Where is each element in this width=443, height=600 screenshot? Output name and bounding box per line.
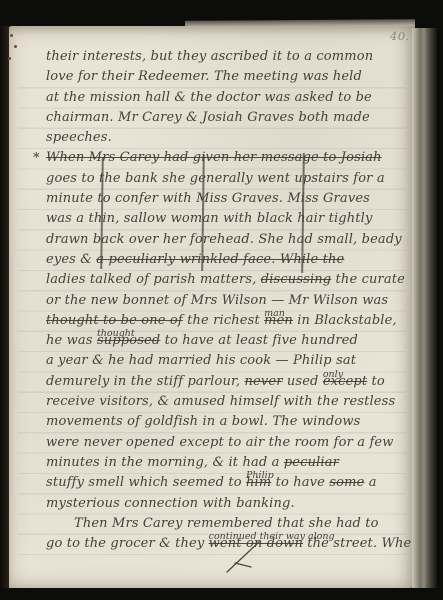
manuscript-line: demurely in the stiff parlour, never use… — [46, 372, 412, 392]
handwritten-text: was a thin, sallow woman with black hair… — [46, 211, 372, 226]
struck-text: peculiar — [284, 455, 339, 470]
binding-speck — [14, 45, 17, 48]
struck-text: never — [245, 374, 283, 389]
handwritten-text: speeches. — [46, 130, 112, 145]
handwritten-text: love for their Redeemer. The meeting was… — [46, 69, 362, 84]
handwritten-text: their interests, but they ascribed it to… — [46, 49, 373, 64]
handwritten-text: minutes in the morning, & it had a — [46, 455, 284, 470]
handwritten-text: movements of goldfish in a bowl. The win… — [46, 414, 360, 429]
struck-text: discussing — [261, 272, 332, 287]
handwritten-text: in Blackstable, — [293, 313, 397, 328]
struck-text: thought to be one of — [46, 313, 183, 328]
handwritten-text: a — [364, 475, 376, 490]
manuscript-line: was a thin, sallow woman with black hair… — [46, 209, 412, 229]
handwritten-text: goes to the bank she generally went upst… — [46, 171, 385, 186]
handwritten-text: to — [367, 374, 385, 389]
binding-speck — [8, 57, 11, 60]
manuscript-line: ladies talked of parish matters, discuss… — [46, 270, 412, 290]
manuscript-line: their interests, but they ascribed it to… — [46, 47, 412, 67]
manuscript-line: or the new bonnet of Mrs Wilson — Mr Wil… — [46, 291, 412, 311]
handwritten-text: minute to confer with Miss Graves. Miss … — [46, 191, 370, 206]
handwritten-text: the richest — [183, 313, 264, 328]
manuscript-line: speeches. — [46, 128, 412, 148]
notebook-page: 40. their interests, but they ascribed i… — [8, 26, 412, 588]
spine-edge — [0, 26, 9, 588]
handwritten-text: eyes & — [46, 252, 96, 267]
handwritten-text: at the mission hall & the doctor was ask… — [46, 90, 372, 105]
revision-x-mark — [213, 538, 273, 578]
handwritten-text: a year & he had married his cook — Phili… — [46, 353, 356, 368]
page-number: 40. — [390, 31, 410, 43]
manuscript-line: eyes & a peculiarly wrinkled face. While… — [46, 250, 412, 270]
manuscript-line: chairman. Mr Carey & Josiah Graves both … — [46, 108, 412, 128]
handwritten-text: used — [283, 374, 323, 389]
manuscript-line: drawn back over her forehead. She had sm… — [46, 230, 412, 250]
manuscript-line: stuffy smell which seemed to Philiphim t… — [46, 473, 412, 493]
manuscript-line: he was thoughtsupposed to have at least … — [46, 331, 412, 351]
handwritten-text: Then Mrs Carey remembered that she had t… — [74, 516, 379, 531]
handwritten-text: mysterious connection with banking. — [46, 496, 295, 511]
handwritten-text: go to the grocer & they — [46, 536, 209, 551]
binding-speck — [10, 34, 13, 37]
handwritten-text: stuffy smell which seemed to — [46, 475, 246, 490]
manuscript-line: movements of goldfish in a bowl. The win… — [46, 412, 412, 432]
manuscript-line: *When Mrs Carey had given her message to… — [46, 148, 412, 168]
manuscript-line: were never opened except to air the room… — [46, 433, 412, 453]
handwritten-text: the curate — [331, 272, 405, 287]
handwritten-text: were never opened except to air the room… — [46, 435, 394, 450]
handwritten-text: receive visitors, & amused himself with … — [46, 394, 395, 409]
manuscript-line: goes to the bank she generally went upst… — [46, 169, 412, 189]
struck-text: When Mrs Carey had given her message to … — [46, 150, 382, 165]
struck-text: some — [329, 475, 364, 490]
handwritten-text: he was — [46, 333, 97, 348]
manuscript-line: a year & he had married his cook — Phili… — [46, 351, 412, 371]
margin-asterisk: * — [33, 149, 40, 169]
handwritten-text: chairman. Mr Carey & Josiah Graves both … — [46, 110, 370, 125]
handwritten-text: drawn back over her forehead. She had sm… — [46, 232, 402, 247]
handwritten-text: ladies talked of parish matters, — [46, 272, 261, 287]
handwritten-text: to have — [271, 475, 329, 490]
manuscript-line: minute to confer with Miss Graves. Miss … — [46, 189, 412, 209]
handwritten-text: or the new bonnet of Mrs Wilson — Mr Wil… — [46, 293, 388, 308]
page-edge-stripes — [412, 28, 437, 588]
manuscript-line: receive visitors, & amused himself with … — [46, 392, 412, 412]
manuscript-line: mysterious connection with banking. — [46, 494, 412, 514]
manuscript-line: love for their Redeemer. The meeting was… — [46, 67, 412, 87]
handwritten-text: demurely in the stiff parlour, — [46, 374, 245, 389]
handwritten-text: to have at least five hundred — [160, 333, 358, 348]
manuscript-text: their interests, but they ascribed it to… — [46, 47, 412, 554]
manuscript-line: at the mission hall & the doctor was ask… — [46, 88, 412, 108]
manuscript-line: minutes in the morning, & it had a pecul… — [46, 453, 412, 473]
struck-text: a peculiarly wrinkled face. While the — [96, 252, 344, 267]
photo-backdrop: 40. their interests, but they ascribed i… — [0, 0, 443, 600]
